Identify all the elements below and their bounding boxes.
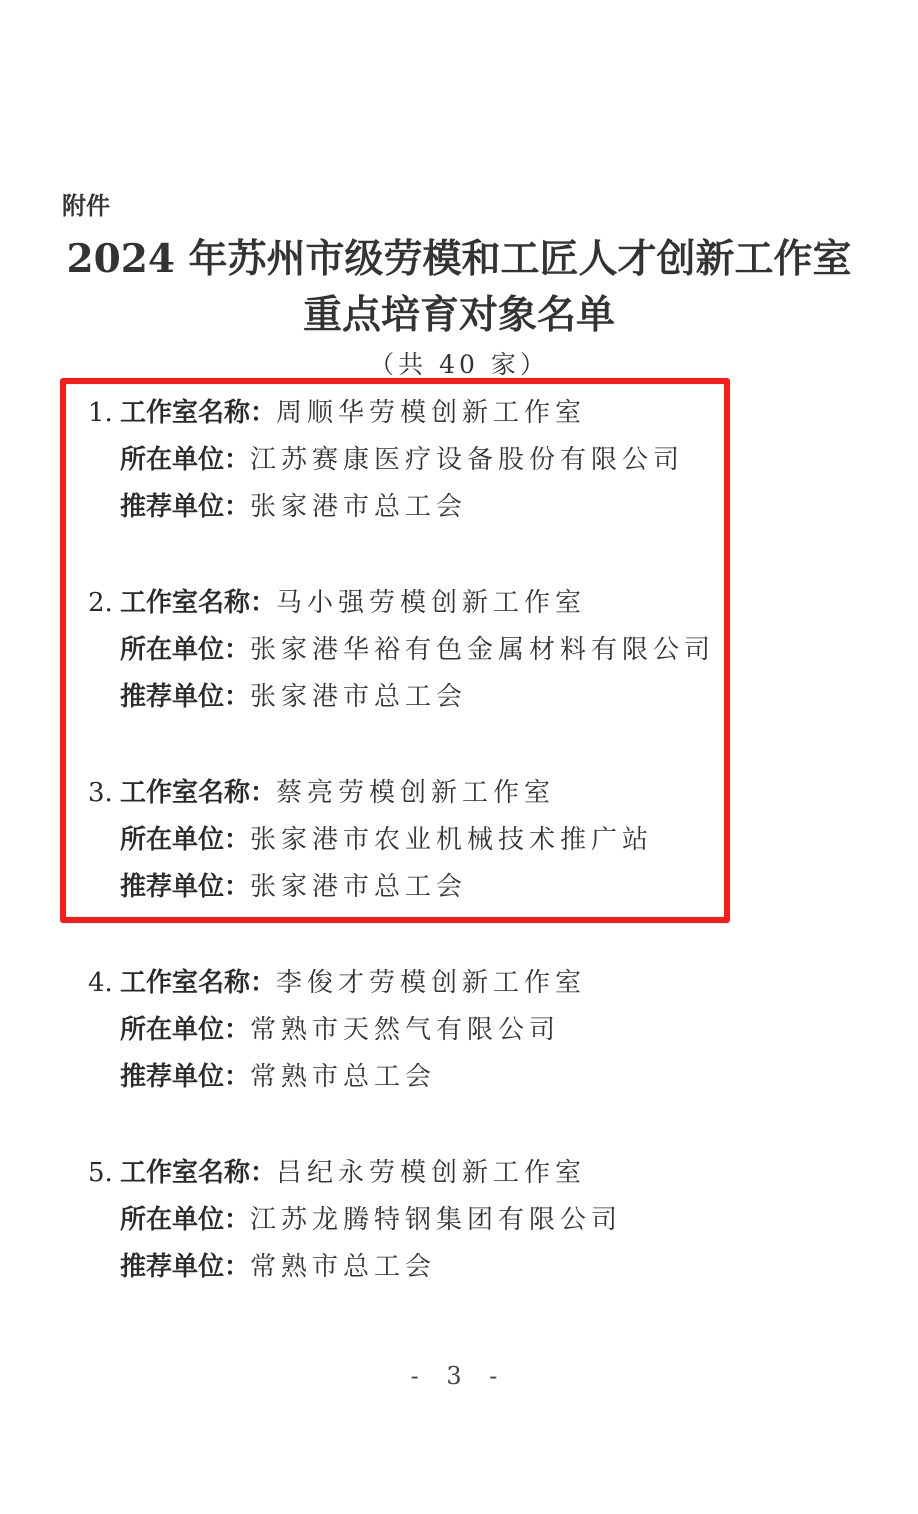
unit-value: 江苏赛康医疗设备股份有限公司 [250, 445, 684, 475]
studio-name-value: 蔡亮劳模创新工作室 [276, 778, 555, 808]
recommender-label: 推荐单位： [120, 1062, 250, 1092]
studio-name-label: 工作室名称： [120, 398, 276, 428]
entry-number: 5. [88, 1150, 120, 1197]
document-title-line-1: 2024 年苏州市级劳模和工匠人才创新工作室 [0, 228, 918, 284]
recommender-value: 常熟市总工会 [250, 1062, 436, 1092]
studio-name-value: 李俊才劳模创新工作室 [276, 968, 586, 998]
studio-name-value: 周顺华劳模创新工作室 [276, 398, 586, 428]
attachment-label: 附件 [62, 186, 110, 221]
studio-name-label: 工作室名称： [120, 588, 276, 618]
studio-name-label: 工作室名称： [120, 778, 276, 808]
entry-number: 1. [88, 390, 120, 437]
list-entry-4: 4.工作室名称：李俊才劳模创新工作室 所在单位：常熟市天然气有限公司 推荐单位：… [88, 960, 586, 1101]
recommender-label: 推荐单位： [120, 492, 250, 522]
studio-name-value: 马小强劳模创新工作室 [276, 588, 586, 618]
unit-label: 所在单位： [120, 635, 250, 665]
studio-name-value: 吕纪永劳模创新工作室 [276, 1158, 586, 1188]
unit-label: 所在单位： [120, 825, 250, 855]
unit-value: 江苏龙腾特钢集团有限公司 [250, 1205, 622, 1235]
list-entry-1: 1.工作室名称：周顺华劳模创新工作室 所在单位：江苏赛康医疗设备股份有限公司 推… [88, 390, 684, 531]
entry-number: 2. [88, 580, 120, 627]
entry-count: （共 40 家） [0, 345, 918, 381]
recommender-label: 推荐单位： [120, 872, 250, 902]
unit-value: 张家港华裕有色金属材料有限公司 [250, 635, 715, 665]
list-entry-3: 3.工作室名称：蔡亮劳模创新工作室 所在单位：张家港市农业机械技术推广站 推荐单… [88, 770, 653, 911]
studio-name-label: 工作室名称： [120, 968, 276, 998]
document-title-line-2: 重点培育对象名单 [0, 284, 918, 340]
unit-value: 张家港市农业机械技术推广站 [250, 825, 653, 855]
list-entry-5: 5.工作室名称：吕纪永劳模创新工作室 所在单位：江苏龙腾特钢集团有限公司 推荐单… [88, 1150, 622, 1291]
recommender-label: 推荐单位： [120, 682, 250, 712]
unit-value: 常熟市天然气有限公司 [250, 1015, 560, 1045]
recommender-label: 推荐单位： [120, 1252, 250, 1282]
unit-label: 所在单位： [120, 445, 250, 475]
entry-number: 4. [88, 960, 120, 1007]
unit-label: 所在单位： [120, 1015, 250, 1045]
recommender-value: 常熟市总工会 [250, 1252, 436, 1282]
entry-number: 3. [88, 770, 120, 817]
recommender-value: 张家港市总工会 [250, 492, 467, 522]
unit-label: 所在单位： [120, 1205, 250, 1235]
page-number: - 3 - [0, 1362, 918, 1390]
recommender-value: 张家港市总工会 [250, 682, 467, 712]
studio-name-label: 工作室名称： [120, 1158, 276, 1188]
list-entry-2: 2.工作室名称：马小强劳模创新工作室 所在单位：张家港华裕有色金属材料有限公司 … [88, 580, 715, 721]
recommender-value: 张家港市总工会 [250, 872, 467, 902]
